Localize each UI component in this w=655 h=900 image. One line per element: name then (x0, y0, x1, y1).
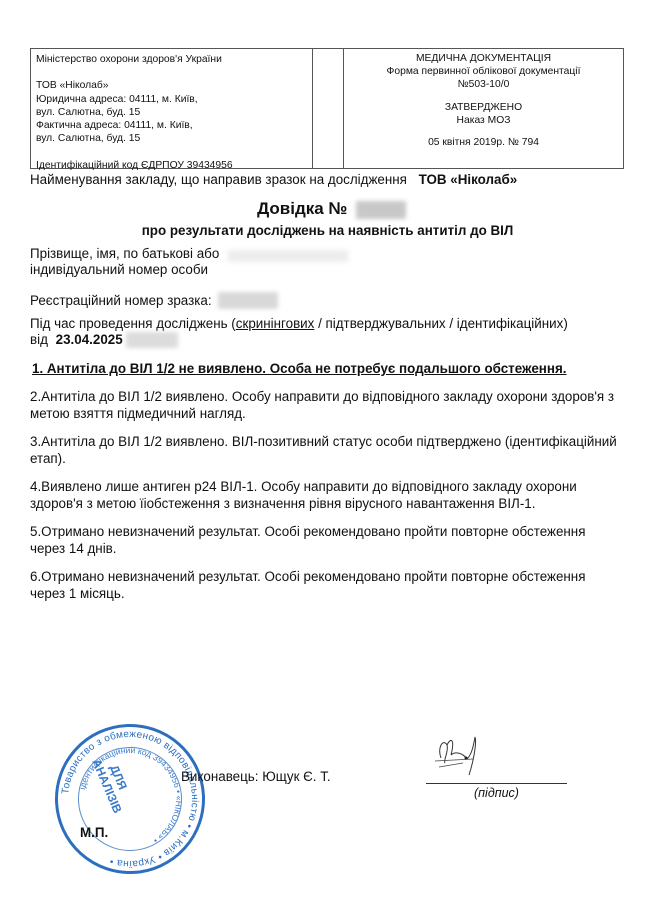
actual-address-line2: вул. Салютна, буд. 15 (36, 132, 312, 145)
result-6: 6.Отримано невизначений результат. Особі… (30, 569, 585, 602)
research-date: від 23.04.2025 (30, 332, 178, 349)
seal-label: М.П. (80, 825, 108, 842)
patient-name-redacted (228, 250, 348, 262)
form-number: №503-10/0 (344, 78, 623, 91)
certificate-number-label: Довідка № (257, 199, 347, 218)
org-name: ТОВ «Ніколаб» (36, 79, 312, 92)
actual-address-line1: Фактична адреса: 04111, м. Київ, (36, 119, 312, 132)
result-3-line2: етап). (30, 451, 617, 468)
signature-line (426, 783, 567, 784)
sample-number-redacted (218, 292, 278, 309)
header-left-cell: Міністерство охорони здоров'я України ТО… (31, 49, 313, 168)
company-stamp: Товариство з обмеженою відповідальністю … (51, 720, 209, 878)
result-3-line1: 3.Антитіла до ВІЛ 1/2 виявлено. ВІЛ-пози… (30, 434, 617, 451)
result-6-line1: 6.Отримано невизначений результат. Особі… (30, 569, 585, 586)
header-spacer-cell (313, 49, 344, 168)
result-6-line2: через 1 місяць. (30, 586, 585, 603)
result-5-line1: 5.Отримано невизначений результат. Особі… (30, 524, 585, 541)
referring-facility-label: Найменування закладу, що направив зразок… (30, 172, 407, 187)
result-5: 5.Отримано невизначений результат. Особі… (30, 524, 585, 557)
result-1-selected: 1. Антитіла до ВІЛ 1/2 не виявлено. Особ… (32, 361, 566, 378)
result-4-line1: 4.Виявлено лише антиген p24 ВІЛ-1. Особу… (30, 479, 577, 496)
header-right-cell: МЕДИЧНА ДОКУМЕНТАЦІЯ Форма первинної обл… (344, 49, 623, 168)
research-screening: скринінгових (236, 316, 315, 331)
order-date: 05 квітня 2019р. № 794 (344, 136, 623, 149)
patient-name-label-line1: Прізвище, імя, по батькові або (30, 246, 219, 263)
signature-scribble-icon (433, 733, 483, 778)
doc-type: МЕДИЧНА ДОКУМЕНТАЦІЯ (344, 52, 623, 65)
signature-caption: (підпис) (474, 786, 519, 800)
certificate-subtitle: про результати досліджень на наявність а… (0, 223, 655, 240)
legal-address-line1: Юридична адреса: 04111, м. Київ, (36, 93, 312, 106)
result-2: 2.Антитіла до ВІЛ 1/2 виявлено. Особу на… (30, 389, 614, 422)
referring-facility-value: ТОВ «Ніколаб» (419, 172, 518, 187)
research-rest: / підтверджувальних / ідентифікаційних) (314, 316, 567, 331)
patient-name-label-line2: індивідуальний номер особи (30, 262, 208, 279)
research-date-value: 23.04.2025 (56, 332, 123, 347)
result-5-line2: через 14 днів. (30, 541, 585, 558)
result-2-line1: 2.Антитіла до ВІЛ 1/2 виявлено. Особу на… (30, 389, 614, 406)
header-table: Міністерство охорони здоров'я України ТО… (30, 48, 624, 169)
sample-number-label: Реєстраційний номер зразка: (30, 293, 212, 310)
legal-address-line2: вул. Салютна, буд. 15 (36, 106, 312, 119)
result-4: 4.Виявлено лише антиген p24 ВІЛ-1. Особу… (30, 479, 577, 512)
approved-label: ЗАТВЕРДЖЕНО (344, 101, 623, 114)
order-label: Наказ МОЗ (344, 114, 623, 127)
research-time-redacted (126, 332, 178, 348)
result-4-line2: здоров'я з метою їіобстеження з визначен… (30, 496, 577, 513)
certificate-title: Довідка № (0, 199, 655, 219)
research-prefix: Під час проведення досліджень ( (30, 316, 236, 331)
form-label: Форма первинної облікової документації (344, 65, 623, 78)
result-2-line2: метою взяття підмедичний нагляд. (30, 406, 614, 423)
ministry-name: Міністерство охорони здоров'я України (36, 53, 312, 66)
edrpou-code: Ідентифікаційний код ЄДРПОУ 39434956 (36, 159, 312, 172)
result-3: 3.Антитіла до ВІЛ 1/2 виявлено. ВІЛ-пози… (30, 434, 617, 467)
executor-name: Виконавець: Ющук Є. Т. (181, 769, 331, 786)
research-type: Під час проведення досліджень (скринінго… (30, 316, 568, 333)
referring-facility: Найменування закладу, що направив зразок… (30, 172, 517, 189)
certificate-number-redacted (356, 201, 406, 219)
research-date-label: від (30, 332, 48, 347)
